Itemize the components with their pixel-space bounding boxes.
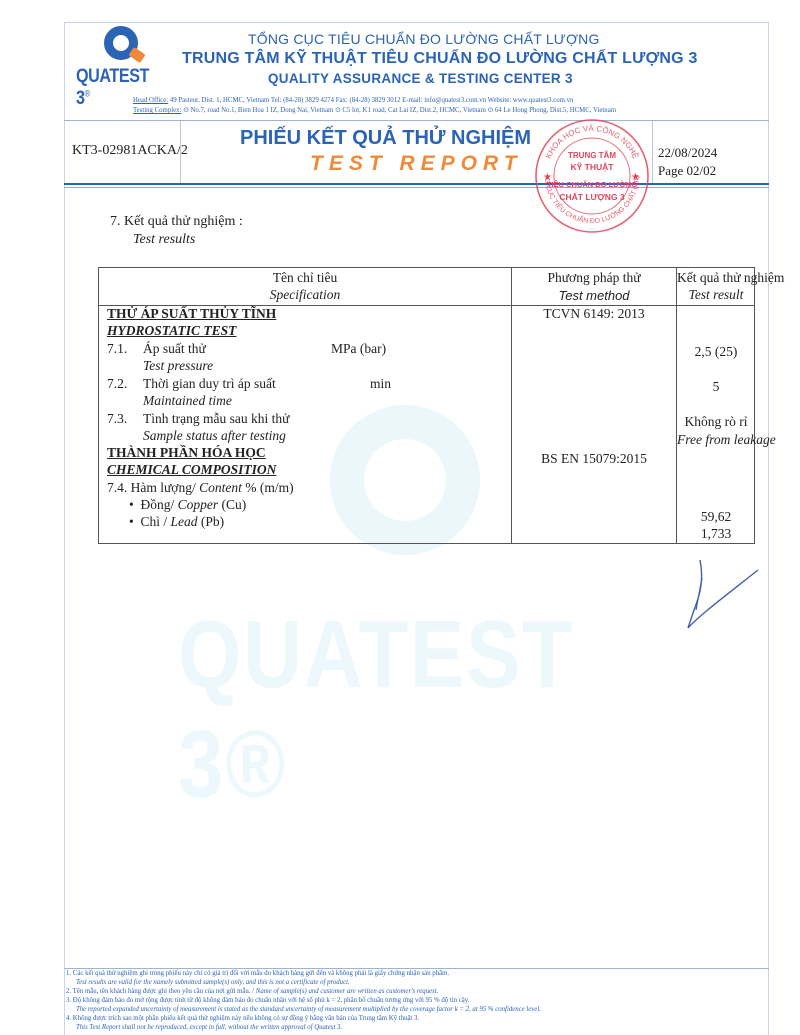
group-title-en: CHEMICAL COMPOSITION [107, 462, 276, 478]
item-name-en: Maintained time [143, 393, 232, 409]
document-id: KT3-02981ACKA/2 [72, 143, 188, 159]
testing-complex-address: Testing Complex: ⊙ No.7, road No.1, Bien… [133, 106, 616, 114]
signature-icon [680, 560, 770, 640]
report-date: 22/08/2024 [658, 145, 717, 161]
header-method-vn: Phương pháp thử [512, 270, 676, 286]
footer-note-4-en: This Test Report shall not be reproduced… [76, 1024, 342, 1031]
item-name-en: Test pressure [143, 358, 213, 374]
item-copper: • Đồng/ Copper (Cu) [129, 497, 246, 513]
header-method-en: Test method [512, 288, 676, 303]
header-spec-en: Specification [99, 287, 511, 303]
item-result-en: Free from leakage [677, 432, 755, 448]
header-result-en: Test result [677, 287, 755, 303]
item-name-vn: Áp suất thử [143, 341, 206, 357]
svg-text:KỸ THUẬT: KỸ THUẬT [571, 161, 615, 172]
svg-text:TRUNG TÂM: TRUNG TÂM [568, 151, 616, 160]
footer-note-3-vn: 3. Độ không đảm bảo đo mở rộng được tính… [66, 997, 469, 1004]
group-title-vn: THỬ ÁP SUẤT THỦY TĨNH [107, 306, 276, 322]
item-name-vn: Tình trạng mẫu sau khi thử [143, 411, 289, 427]
header-result-vn-text: Kết quả thử nghiệm [677, 270, 755, 286]
svg-text:CHẤT LƯỢNG 3: CHẤT LƯỢNG 3 [559, 192, 625, 202]
item-result: Không rò rỉ [677, 414, 755, 430]
official-stamp-icon: KHOA HỌC VÀ CÔNG NGHỆ TỔNG CỤC TIÊU CHUẨ… [527, 114, 657, 234]
item-lead: • Chì / Lead (Pb) [129, 514, 224, 530]
watermark-text: QUATEST 3® [178, 600, 707, 820]
footer-note-2: 2. Tên mẫu, tên khách hàng được ghi theo… [66, 988, 438, 995]
section-title-vn: 7. Kết quả thử nghiệm : [110, 214, 243, 230]
section-title-en: Test results [133, 232, 195, 248]
report-title-vn: PHIẾU KẾT QUẢ THỬ NGHIỆM [240, 127, 531, 150]
title-band-rule-thin [64, 187, 769, 188]
header-divider [64, 120, 769, 121]
test-method-chemical: BS EN 15079:2015 [512, 451, 676, 467]
page-border-left [64, 22, 65, 1035]
item-name-vn: Thời gian duy trì áp suất [143, 376, 276, 392]
footer-note-3-en: The reported expanded uncertainty of mea… [76, 1006, 541, 1013]
center-name-en: QUALITY ASSURANCE & TESTING CENTER 3 [268, 71, 573, 86]
center-name-vn: TRUNG TÂM KỸ THUẬT TIÊU CHUẨN ĐO LƯỜNG C… [182, 50, 698, 68]
page-border-top [64, 22, 769, 23]
results-table: Tên chỉ tiêu Specification Phương pháp t… [98, 267, 755, 544]
page-number: Page 02/02 [658, 163, 716, 179]
page-border-right [768, 22, 769, 1035]
footer-divider [64, 968, 769, 969]
item-number: 7.1. [107, 341, 127, 357]
svg-text:TIÊU CHUẨN ĐO LƯỜNG: TIÊU CHUẨN ĐO LƯỜNG [547, 180, 637, 189]
footer-note-1-vn: 1. Các kết quả thử nghiệm ghi trong phiế… [66, 970, 449, 977]
item-unit: min [370, 376, 391, 392]
item-number: 7.3. [107, 411, 127, 427]
item-unit: MPa (bar) [331, 341, 386, 357]
head-office-address: Head Office: 49 Pasteur, Dist. 1, HCMC, … [133, 97, 573, 104]
logo-tail-icon [128, 47, 145, 63]
item-name-en: Sample status after testing [143, 428, 286, 444]
header-spec-vn: Tên chỉ tiêu [99, 270, 511, 286]
item-result: 5 [677, 379, 755, 395]
item-content-header: 7.4. Hàm lượng/ Content % (m/m) [107, 480, 294, 496]
group-title-en: HYDROSTATIC TEST [107, 323, 236, 339]
title-band-divider-left [180, 121, 181, 183]
quatest-logo: QUATEST 3® [72, 24, 182, 94]
group-title-vn: THÀNH PHẦN HÓA HỌC [107, 445, 266, 461]
footer-note-1-en: Test results are valid for the namely su… [76, 979, 350, 986]
agency-line: TỔNG CỤC TIÊU CHUẨN ĐO LƯỜNG CHẤT LƯỢNG [248, 31, 600, 47]
item-result-lead: 1,733 [677, 526, 755, 542]
report-title-en: TEST REPORT [310, 152, 523, 176]
item-result-copper: 59,62 [677, 509, 755, 525]
item-result: 2,5 (25) [677, 344, 755, 360]
item-number: 7.2. [107, 376, 127, 392]
title-band-rule [64, 183, 769, 185]
footer-note-4-vn: 4. Không được trích sao một phần phiếu k… [66, 1015, 419, 1022]
test-method-hydrostatic: TCVN 6149: 2013 [512, 306, 676, 322]
